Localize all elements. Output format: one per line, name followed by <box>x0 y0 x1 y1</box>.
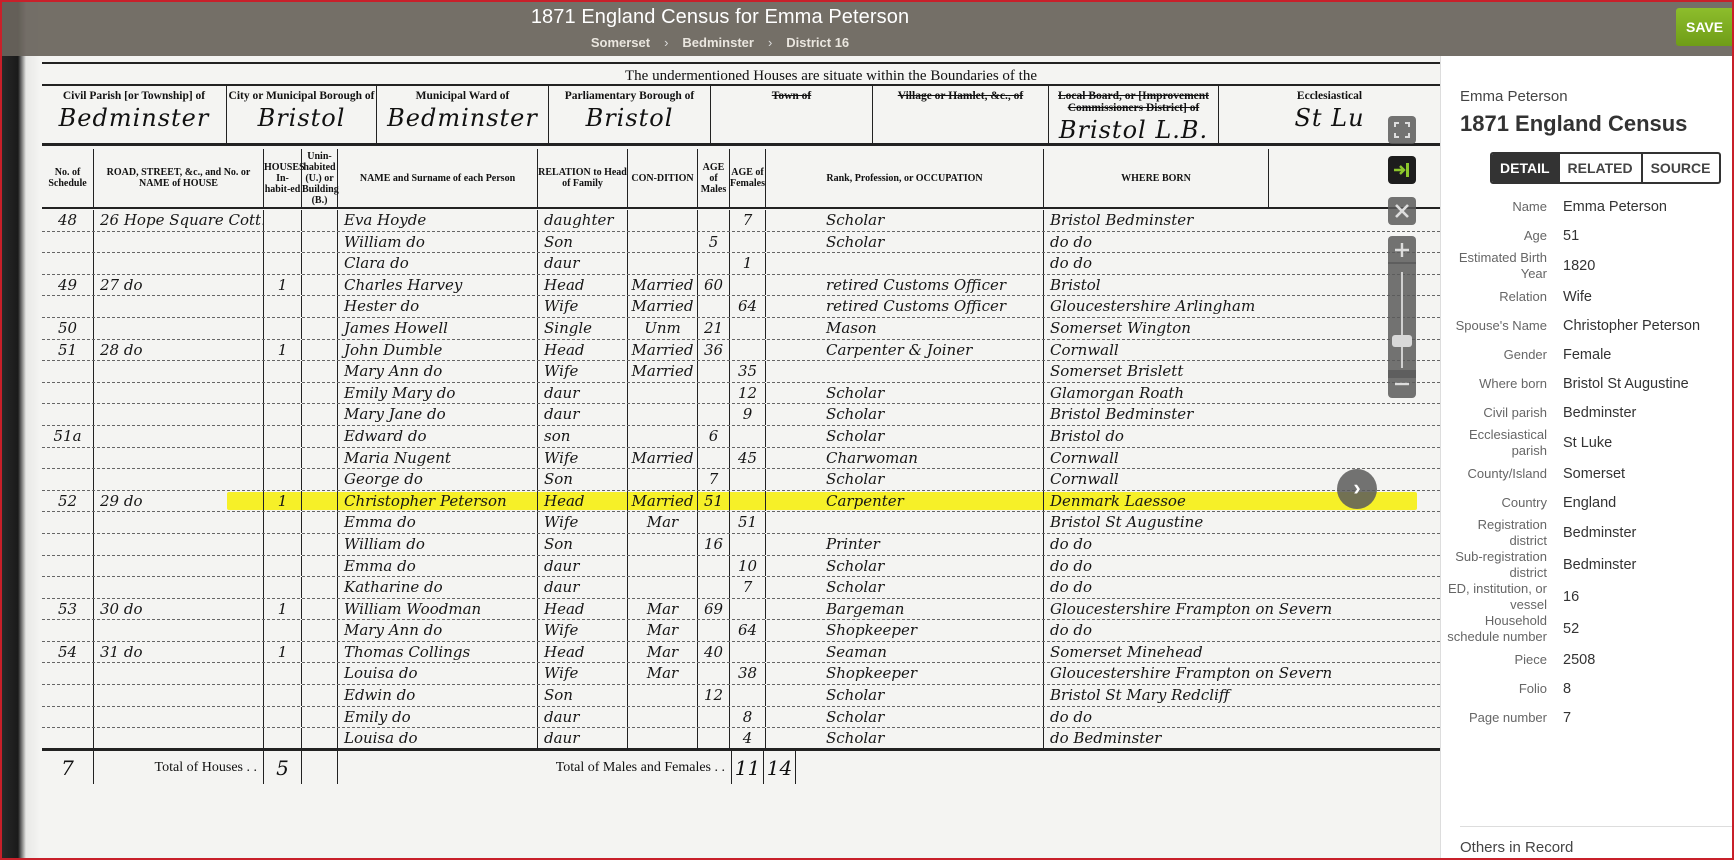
cell-born: Bristol <box>1044 275 1440 296</box>
cell-uninhabited <box>302 448 338 469</box>
cell-uninhabited <box>302 275 338 296</box>
fact-row: RelationWife <box>1441 282 1734 311</box>
cell-born: Glamorgan Roath <box>1044 383 1440 404</box>
cell-born: do Bedminster <box>1044 728 1440 749</box>
cell-inhab <box>264 296 302 317</box>
cell-born: Cornwall <box>1044 340 1440 361</box>
cell-occupation: Shopkeeper <box>766 620 1044 641</box>
fact-value: 16 <box>1563 589 1734 605</box>
cell-occupation: Seaman <box>766 642 1044 663</box>
cell-condition: Married <box>628 361 698 382</box>
fact-value: 52 <box>1563 621 1734 637</box>
cell-name: Mary Jane do <box>338 404 538 425</box>
fact-label: Name <box>1441 199 1563 215</box>
cell-condition: Mar <box>628 512 698 533</box>
cell-male_age <box>698 707 730 728</box>
boundary-value: Bristol <box>227 104 376 132</box>
cell-female_age: 64 <box>730 296 766 317</box>
cell-inhab <box>264 426 302 447</box>
cell-female_age: 35 <box>730 361 766 382</box>
cell-male_age <box>698 663 730 684</box>
fact-label: Household schedule number <box>1441 613 1563 645</box>
total-houses-label: Total of Houses . . <box>94 751 264 784</box>
cell-address <box>94 577 264 598</box>
boundary-cell: Local Board, or [Improvement Commissione… <box>1049 86 1219 143</box>
fact-label: Age <box>1441 228 1563 244</box>
fact-row: Civil parishBedminster <box>1441 398 1734 427</box>
census-row: 4826 Hope Square Cott.Eva Hoydedaughter7… <box>42 210 1440 232</box>
cell-occupation: Scholar <box>766 577 1044 598</box>
cell-female_age: 9 <box>730 404 766 425</box>
cell-address <box>94 426 264 447</box>
cell-uninhabited <box>302 296 338 317</box>
fact-value: England <box>1563 495 1734 511</box>
cell-born: Bristol Bedminster <box>1044 210 1440 231</box>
cell-address <box>94 296 264 317</box>
cell-relation: Wife <box>538 512 628 533</box>
zoom-slider-handle[interactable] <box>1392 335 1412 347</box>
cell-female_age <box>730 275 766 296</box>
cell-name: Charles Harvey <box>338 275 538 296</box>
fact-row: Registration districtBedminster <box>1441 517 1734 549</box>
fact-row: CountryEngland <box>1441 488 1734 517</box>
cell-male_age <box>698 253 730 274</box>
cell-relation: son <box>538 426 628 447</box>
census-row: 5431 do1Thomas CollingsHeadMar40SeamanSo… <box>42 642 1440 664</box>
zoom-out-icon[interactable] <box>1388 370 1416 398</box>
cell-female_age <box>730 426 766 447</box>
column-header: No. of Schedule <box>42 149 94 207</box>
fact-label: Gender <box>1441 347 1563 363</box>
tools-icon[interactable] <box>1388 197 1416 225</box>
cell-relation: daughter <box>538 210 628 231</box>
chevron-right-icon: › <box>768 35 772 50</box>
fact-label: Page number <box>1441 710 1563 726</box>
cell-condition: Mar <box>628 663 698 684</box>
cell-male_age <box>698 577 730 598</box>
cell-relation: Head <box>538 340 628 361</box>
cell-occupation: Printer <box>766 534 1044 555</box>
cell-condition: Married <box>628 296 698 317</box>
cell-relation: Single <box>538 318 628 339</box>
fact-label: Sub-registration district <box>1441 549 1563 581</box>
cell-uninhabited <box>302 340 338 361</box>
cell-male_age <box>698 361 730 382</box>
cell-condition <box>628 534 698 555</box>
cell-address <box>94 253 264 274</box>
cell-uninhabited <box>302 404 338 425</box>
cell-female_age: 7 <box>730 577 766 598</box>
cell-inhab: 1 <box>264 340 302 361</box>
cell-address <box>94 448 264 469</box>
column-header: HOUSES In-habit-ed <box>264 149 302 207</box>
fact-label: Ecclesiastical parish <box>1441 427 1563 459</box>
cell-born: Somerset Minehead <box>1044 642 1440 663</box>
cell-born: Gloucestershire Frampton on Severn <box>1044 663 1440 684</box>
fact-value: Bedminster <box>1563 557 1734 573</box>
fact-label: Civil parish <box>1441 405 1563 421</box>
fact-value: 7 <box>1563 710 1734 726</box>
breadcrumb-district[interactable]: Bedminster <box>682 35 754 50</box>
cell-name: Louisa do <box>338 728 538 749</box>
total-males: 11 <box>732 751 764 784</box>
cell-female_age: 12 <box>730 383 766 404</box>
tab-detail[interactable]: DETAIL <box>1492 154 1558 182</box>
cell-inhab: 1 <box>264 642 302 663</box>
cell-occupation <box>766 512 1044 533</box>
cell-relation: Head <box>538 275 628 296</box>
cell-address <box>94 556 264 577</box>
cell-female_age <box>730 599 766 620</box>
next-image-button[interactable]: › <box>1337 469 1377 509</box>
cell-female_age <box>730 318 766 339</box>
cell-address <box>94 404 264 425</box>
cell-uninhabited <box>302 556 338 577</box>
cell-address <box>94 534 264 555</box>
cell-inhab <box>264 361 302 382</box>
cell-occupation: Scholar <box>766 556 1044 577</box>
census-row: Clara dodaur1do do <box>42 253 1440 275</box>
chevron-right-icon: › <box>664 35 668 50</box>
others-in-record-heading: Others in Record <box>1460 839 1573 856</box>
cell-inhab: 1 <box>264 491 302 512</box>
fact-label: Country <box>1441 495 1563 511</box>
cell-male_age: 12 <box>698 685 730 706</box>
cell-uninhabited <box>302 577 338 598</box>
cell-relation: Wife <box>538 620 628 641</box>
cell-born: do do <box>1044 253 1440 274</box>
cell-inhab <box>264 663 302 684</box>
cell-relation: Head <box>538 642 628 663</box>
boundary-cell: Municipal Ward ofBedminster <box>377 86 549 143</box>
cell-born: Cornwall <box>1044 469 1440 490</box>
cell-schedule <box>42 404 94 425</box>
cell-born: Cornwall <box>1044 448 1440 469</box>
fact-value: Bristol St Augustine <box>1563 376 1734 392</box>
cell-born: do do <box>1044 620 1440 641</box>
fact-row: GenderFemale <box>1441 340 1734 369</box>
census-row: 4927 do1Charles HarveyHeadMarried60retir… <box>42 275 1440 297</box>
cell-uninhabited <box>302 232 338 253</box>
fact-value: Wife <box>1563 289 1734 305</box>
census-row: Edwin doSon12ScholarBristol St Mary Redc… <box>42 685 1440 707</box>
boundary-value: Bedminster <box>377 104 548 132</box>
tab-related[interactable]: RELATED <box>1558 154 1641 182</box>
cell-occupation <box>766 361 1044 382</box>
cell-schedule <box>42 577 94 598</box>
page-title: 1871 England Census for Emma Peterson <box>0 6 1440 29</box>
cell-uninhabited <box>302 620 338 641</box>
column-header: AGE of Females <box>730 149 766 207</box>
census-row: Emma doWifeMar51Bristol St Augustine <box>42 512 1440 534</box>
fact-value: 51 <box>1563 228 1734 244</box>
fact-label: Folio <box>1441 681 1563 697</box>
fact-row: Where bornBristol St Augustine <box>1441 369 1734 398</box>
cell-schedule <box>42 232 94 253</box>
save-label: SAVE <box>1686 19 1723 35</box>
cell-uninhabited <box>302 685 338 706</box>
cell-name: Clara do <box>338 253 538 274</box>
cell-relation: Wife <box>538 361 628 382</box>
cell-uninhabited <box>302 728 338 749</box>
cell-male_age <box>698 728 730 749</box>
cell-born: do do <box>1044 556 1440 577</box>
cell-male_age <box>698 296 730 317</box>
cell-address <box>94 663 264 684</box>
cell-address <box>94 232 264 253</box>
cell-condition <box>628 577 698 598</box>
cell-male_age: 16 <box>698 534 730 555</box>
cell-relation: daur <box>538 556 628 577</box>
cell-relation: daur <box>538 253 628 274</box>
record-facts: NameEmma PetersonAge51Estimated Birth Ye… <box>1441 192 1734 732</box>
boundary-label: Parliamentary Borough of <box>565 90 694 102</box>
cell-name: Emily Mary do <box>338 383 538 404</box>
cell-born: Denmark Laessoe <box>1044 491 1440 512</box>
census-row: Mary Ann doWifeMar64Shopkeeperdo do <box>42 620 1440 642</box>
cell-uninhabited <box>302 383 338 404</box>
record-title: 1871 England Census <box>1460 111 1687 137</box>
census-row: Emily dodaur8Scholardo do <box>42 707 1440 729</box>
cell-occupation: Scholar <box>766 232 1044 253</box>
cell-schedule: 50 <box>42 318 94 339</box>
save-button[interactable]: SAVE ⌄ <box>1676 8 1734 46</box>
cell-female_age <box>730 469 766 490</box>
cell-relation: Son <box>538 232 628 253</box>
cell-name: Emma do <box>338 512 538 533</box>
cell-condition: Married <box>628 340 698 361</box>
cell-address: 31 do <box>94 642 264 663</box>
cell-relation: Head <box>538 599 628 620</box>
boundary-cell: Village or Hamlet, &c., of <box>873 86 1049 143</box>
cell-occupation: Scholar <box>766 383 1044 404</box>
cell-female_age <box>730 340 766 361</box>
column-header: ROAD, STREET, &c., and No. or NAME of HO… <box>94 149 264 207</box>
cell-condition <box>628 728 698 749</box>
fact-row: ED, institution, or vessel16 <box>1441 581 1734 613</box>
breadcrumb-county[interactable]: Somerset <box>591 35 650 50</box>
record-detail-panel: Emma Peterson 1871 England Census DETAIL… <box>1440 56 1734 860</box>
cell-condition: Mar <box>628 599 698 620</box>
cell-male_age <box>698 620 730 641</box>
cell-female_age: 4 <box>730 728 766 749</box>
cell-occupation: Scholar <box>766 728 1044 749</box>
cell-schedule: 48 <box>42 210 94 231</box>
cell-condition <box>628 383 698 404</box>
cell-born: do do <box>1044 534 1440 555</box>
cell-uninhabited <box>302 512 338 533</box>
zoom-slider[interactable] <box>1388 262 1416 378</box>
cell-relation: daur <box>538 383 628 404</box>
cell-address <box>94 361 264 382</box>
census-row: Katharine dodaur7Scholardo do <box>42 577 1440 599</box>
cell-schedule: 54 <box>42 642 94 663</box>
census-row-highlighted: 5229 do1Christopher PetersonHeadMarried5… <box>42 491 1440 513</box>
cell-name: Hester do <box>338 296 538 317</box>
breadcrumb: Somerset›Bedminster›District 16 <box>0 35 1440 50</box>
toggle-panel-icon[interactable] <box>1388 156 1416 184</box>
fact-row: Folio8 <box>1441 674 1734 703</box>
cell-relation: daur <box>538 404 628 425</box>
cell-born: Bristol Bedminster <box>1044 404 1440 425</box>
boundary-label: City or Municipal Borough of <box>229 90 375 102</box>
census-row: William doSon5Scholardo do <box>42 232 1440 254</box>
cell-condition <box>628 404 698 425</box>
boundary-value: Bedminster <box>42 104 226 132</box>
cell-condition <box>628 426 698 447</box>
cell-born: Somerset Brislett <box>1044 361 1440 382</box>
divider <box>1460 826 1734 827</box>
boundary-cell: City or Municipal Borough ofBristol <box>227 86 377 143</box>
cell-male_age: 6 <box>698 426 730 447</box>
cell-male_age <box>698 512 730 533</box>
cell-male_age: 7 <box>698 469 730 490</box>
tab-source[interactable]: SOURCE <box>1641 154 1719 182</box>
census-image[interactable]: The undermentioned Houses are situate wi… <box>42 62 1440 860</box>
cell-born: Bristol St Augustine <box>1044 512 1440 533</box>
cell-name: Eva Hoyde <box>338 210 538 231</box>
cell-inhab <box>264 318 302 339</box>
cell-occupation: Scholar <box>766 469 1044 490</box>
cell-inhab <box>264 577 302 598</box>
cell-name: John Dumble <box>338 340 538 361</box>
cell-occupation: retired Customs Officer <box>766 296 1044 317</box>
fact-value: Christopher Peterson <box>1563 318 1734 334</box>
cell-schedule <box>42 253 94 274</box>
cell-female_age <box>730 491 766 512</box>
cell-name: Edward do <box>338 426 538 447</box>
cell-inhab <box>264 728 302 749</box>
cell-female_age: 38 <box>730 663 766 684</box>
cell-occupation <box>766 253 1044 274</box>
cell-name: Emily do <box>338 707 538 728</box>
census-boundaries: Civil Parish [or Township] ofBedminsterC… <box>42 86 1440 146</box>
cell-uninhabited <box>302 599 338 620</box>
cell-name: George do <box>338 469 538 490</box>
cell-inhab <box>264 512 302 533</box>
cell-relation: Wife <box>538 296 628 317</box>
cell-inhab <box>264 556 302 577</box>
cell-relation: Son <box>538 685 628 706</box>
census-row: Mary Jane dodaur9ScholarBristol Bedminst… <box>42 404 1440 426</box>
boundary-label: Municipal Ward of <box>416 90 510 102</box>
cell-condition: Married <box>628 491 698 512</box>
cell-male_age: 40 <box>698 642 730 663</box>
cell-uninhabited <box>302 534 338 555</box>
total-houses-value: 5 <box>264 751 302 784</box>
cell-female_age <box>730 534 766 555</box>
cell-inhab <box>264 232 302 253</box>
cell-inhab <box>264 383 302 404</box>
cell-schedule: 49 <box>42 275 94 296</box>
cell-occupation: Scholar <box>766 426 1044 447</box>
cell-schedule <box>42 685 94 706</box>
fact-row: Page number7 <box>1441 703 1734 732</box>
fact-label: Spouse's Name <box>1441 318 1563 334</box>
cell-condition: Mar <box>628 642 698 663</box>
cell-occupation: Scholar <box>766 404 1044 425</box>
boundary-label: Civil Parish [or Township] of <box>63 90 205 102</box>
cell-male_age: 21 <box>698 318 730 339</box>
cell-schedule <box>42 556 94 577</box>
cell-occupation: Mason <box>766 318 1044 339</box>
cell-male_age <box>698 556 730 577</box>
fact-row: Age51 <box>1441 221 1734 250</box>
cell-schedule <box>42 296 94 317</box>
cell-name: Katharine do <box>338 577 538 598</box>
fact-row: Sub-registration districtBedminster <box>1441 549 1734 581</box>
column-header: RELATION to Head of Family <box>538 149 628 207</box>
fact-value: Bedminster <box>1563 405 1734 421</box>
cell-relation: Wife <box>538 448 628 469</box>
cell-occupation: Shopkeeper <box>766 663 1044 684</box>
cell-name: Emma do <box>338 556 538 577</box>
cell-female_age: 1 <box>730 253 766 274</box>
fact-row: Household schedule number52 <box>1441 613 1734 645</box>
cell-female_age: 7 <box>730 210 766 231</box>
cell-address <box>94 707 264 728</box>
cell-schedule: 51a <box>42 426 94 447</box>
cell-address: 26 Hope Square Cott. <box>94 210 264 231</box>
fullscreen-icon[interactable] <box>1388 116 1416 144</box>
cell-schedule <box>42 620 94 641</box>
cell-born: Gloucestershire Frampton on Severn <box>1044 599 1440 620</box>
cell-address <box>94 685 264 706</box>
fact-row: Spouse's NameChristopher Peterson <box>1441 311 1734 340</box>
cell-born: do do <box>1044 707 1440 728</box>
image-viewer[interactable]: The undermentioned Houses are situate wi… <box>0 0 1440 860</box>
boundary-cell: Parliamentary Borough ofBristol <box>549 86 711 143</box>
cell-schedule <box>42 469 94 490</box>
cell-schedule <box>42 512 94 533</box>
total-persons-label: Total of Males and Females . . <box>338 751 732 784</box>
boundary-value: Bristol <box>549 104 710 132</box>
fact-label: Estimated Birth Year <box>1441 250 1563 282</box>
title-bar: 1871 England Census for Emma Peterson So… <box>0 0 1734 56</box>
cell-relation: daur <box>538 728 628 749</box>
boundary-cell: Civil Parish [or Township] ofBedminster <box>42 86 227 143</box>
cell-name: Edwin do <box>338 685 538 706</box>
cell-uninhabited <box>302 663 338 684</box>
column-header: NAME and Surname of each Person <box>338 149 538 207</box>
cell-relation: Son <box>538 469 628 490</box>
fact-label: Piece <box>1441 652 1563 668</box>
scan-binding-edge <box>0 0 40 860</box>
zoom-in-icon[interactable] <box>1388 236 1416 264</box>
cell-female_age <box>730 642 766 663</box>
census-row: Louisa doWifeMar38ShopkeeperGloucestersh… <box>42 663 1440 685</box>
cell-inhab: 1 <box>264 599 302 620</box>
column-header: Rank, Profession, or OCCUPATION <box>766 149 1044 207</box>
chevron-down-icon: ⌄ <box>1689 57 1701 73</box>
person-name: Emma Peterson <box>1460 88 1568 105</box>
fact-value: 1820 <box>1563 258 1734 274</box>
cell-name: Louisa do <box>338 663 538 684</box>
cell-uninhabited <box>302 707 338 728</box>
cell-schedule: 51 <box>42 340 94 361</box>
cell-address <box>94 469 264 490</box>
cell-relation: Son <box>538 534 628 555</box>
breadcrumb-subdistrict[interactable]: District 16 <box>786 35 849 50</box>
cell-male_age <box>698 383 730 404</box>
cell-female_age: 10 <box>730 556 766 577</box>
cell-female_age <box>730 685 766 706</box>
cell-schedule <box>42 383 94 404</box>
cell-occupation: Carpenter & Joiner <box>766 340 1044 361</box>
cell-address: 30 do <box>94 599 264 620</box>
fact-label: Registration district <box>1441 517 1563 549</box>
cell-condition <box>628 253 698 274</box>
